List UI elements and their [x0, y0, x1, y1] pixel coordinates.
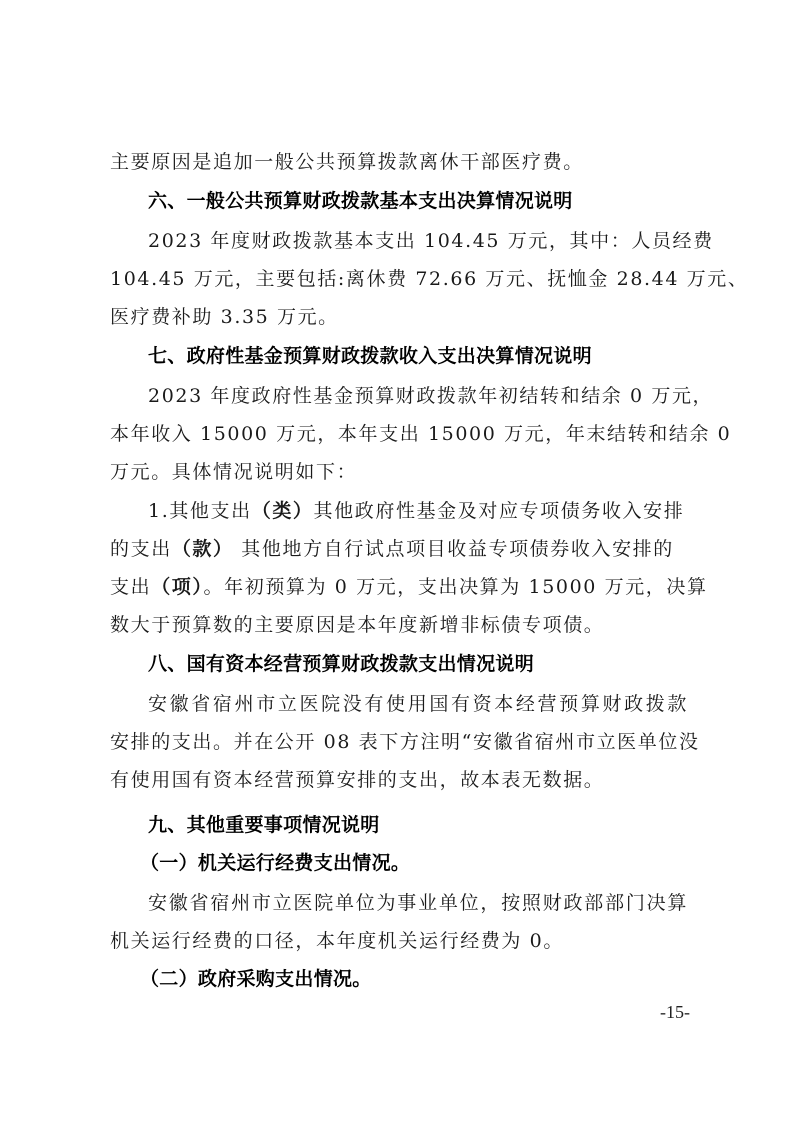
paragraph-line: 机关运行经费的口径，本年度机关运行经费为 0。 [110, 929, 690, 953]
paragraph-line: 的支出（款） 其他地方自行试点项目收益专项债券收入安排的 [110, 537, 690, 561]
paragraph-line: 安徽省宿州市立医院单位为事业单位，按照财政部部门决算 [148, 891, 688, 915]
paragraph-line: 主要原因是追加一般公共预算拨款离休干部医疗费。 [110, 150, 690, 174]
paragraph-line: 安排的支出。并在公开 08 表下方注明“安徽省宿州市立医单位没 [110, 730, 688, 754]
paragraph-line: 万元。具体情况说明如下： [110, 460, 690, 484]
paragraph-line: 医疗费补助 3.35 万元。 [110, 305, 690, 329]
document-page: 主要原因是追加一般公共预算拨款离休干部医疗费。 六、一般公共预算财政拨款基本支出… [0, 0, 793, 1122]
section-heading-7: 七、政府性基金预算财政拨款收入支出决算情况说明 [148, 344, 728, 368]
paragraph-line: 有使用国有资本经营预算安排的支出，故本表无数据。 [110, 768, 690, 792]
section-heading-9: 九、其他重要事项情况说明 [148, 813, 728, 837]
text-run: 的支出 [110, 538, 172, 560]
paragraph-line: 2023 年度政府性基金预算财政拨款年初结转和结余 0 万元， [148, 384, 688, 408]
section-heading-8: 八、国有资本经营预算财政拨款支出情况说明 [148, 652, 728, 676]
category-label-lei: （类） [252, 500, 314, 522]
section-heading-6: 六、一般公共预算财政拨款基本支出决算情况说明 [148, 189, 728, 213]
paragraph-line: 本年收入 15000 万元，本年支出 15000 万元，年末结转和结余 0 [110, 422, 685, 446]
paragraph-line: 安徽省宿州市立医院没有使用国有资本经营预算财政拨款 [148, 692, 688, 716]
paragraph-line: 2023 年度财政拨款基本支出 104.45 万元，其中：人员经费 [148, 229, 690, 253]
text-run: 。年初预算为 0 万元，支出决算为 15000 万元，决算 [204, 576, 708, 598]
subsection-heading-1: （一）机关运行经费支出情况。 [140, 851, 720, 875]
text-run: 1.其他支出 [148, 500, 252, 522]
paragraph-line: 104.45 万元，主要包括:离休费 72.66 万元、抚恤金 28.44 万元… [110, 267, 690, 291]
paragraph-line: 支出（项）。年初预算为 0 万元，支出决算为 15000 万元，决算 [110, 575, 690, 599]
category-label-xiang: （项） [151, 576, 203, 598]
page-number: -15- [660, 1002, 690, 1023]
subsection-heading-2: （二）政府采购支出情况。 [140, 967, 720, 991]
paragraph-line: 1.其他支出（类）其他政府性基金及对应专项债务收入安排 [148, 499, 688, 523]
text-run: 其他地方自行试点项目收益专项债券收入安排的 [234, 538, 674, 560]
text-run: 支出 [110, 576, 151, 598]
category-label-kuan: （款） [172, 538, 234, 560]
paragraph-line: 数大于预算数的主要原因是本年度新增非标债专项债。 [110, 613, 690, 637]
text-run: 其他政府性基金及对应专项债务收入安排 [314, 500, 685, 522]
